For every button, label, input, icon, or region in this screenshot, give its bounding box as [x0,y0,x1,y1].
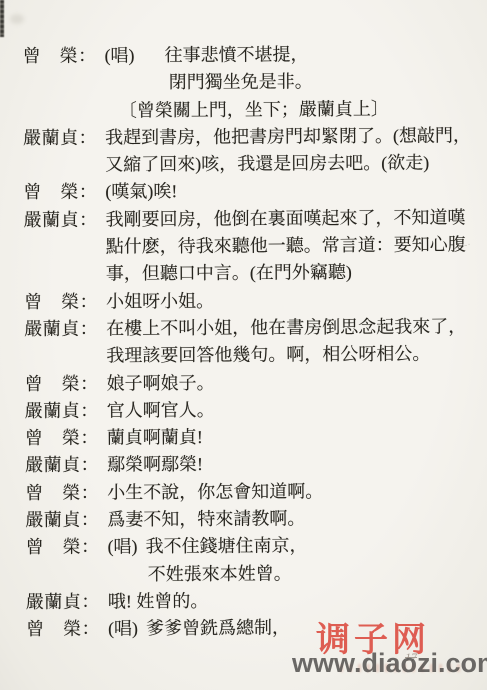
script-line: 嚴蘭貞：我剛要回房，他倒在裏面嘆起來了，不知道嘆 [0,205,485,235]
line-text: 鄢榮啊鄢榮! [107,452,203,477]
script-line: 嚴蘭貞：官人啊官人。 [0,396,486,426]
line-text: 我剛要回房，他倒在裏面嘆起來了，不知道嘆 [105,205,465,231]
line-text: 小姐呀小姐。 [106,289,214,314]
line-text: 我不住錢塘住南京， [145,534,307,559]
sung-tag: (唱) [107,535,137,559]
scan-smudge [10,14,24,24]
speaker-spacer [24,235,106,236]
script-line: 曾 榮：蘭貞啊蘭貞! [0,423,486,453]
line-text: 官人啊官人。 [107,398,215,423]
line-text: 小生不說，你怎會知道啊。 [107,479,323,504]
script-line: 又縮了回來)咳，我還是回房去吧。(欲走) [0,150,484,180]
script-line: 曾 榮：(嘆氣)唉! [0,178,484,208]
script-line: 我理該要回答他幾句。啊，相公呀相公。 [0,341,485,371]
line-text: 事，但聽口中言。(在門外竊聽) [106,260,352,286]
line-text: 娘子啊娘子。 [106,370,214,395]
speaker-name: 曾 榮： [25,426,107,451]
script-line: 曾 榮：(唱)我不住錢塘住南京， [0,533,487,563]
script-line: 閉門獨坐免是非。 [0,69,484,99]
line-text: 又縮了回來)咳，我還是回房去吧。(欲走) [105,151,429,177]
speaker-name: 曾 榮： [25,480,107,505]
line-text: 〔曾榮關上門，坐下；嚴蘭貞上〕 [105,96,389,122]
script-line: 曾 榮：(唱)往事悲憤不堪提， [0,41,484,71]
speaker-name: 曾 榮： [26,617,108,642]
line-text: 爹爹曾銑爲總制， [146,616,290,641]
script-line: 曾 榮：小生不說，你怎會知道啊。 [0,478,486,508]
script-lines: 曾 榮：(唱)往事悲憤不堪提，閉門獨坐免是非。〔曾榮關上門，坐下；嚴蘭貞上〕嚴蘭… [0,41,487,644]
script-line: 點什麽，待我來聽他一聽。常言道：要知心腹 [0,232,485,262]
script-line: 不姓張來本姓曾。 [0,560,487,590]
speaker-name: 嚴蘭貞： [24,316,106,341]
script-line: 〔曾榮關上門，坐下；嚴蘭貞上〕 [0,96,484,126]
speaker-name: 曾 榮： [24,289,106,314]
sung-tag: (唱) [104,43,134,67]
speaker-name: 嚴蘭貞： [25,508,107,533]
line-text: 往事悲憤不堪提， [142,42,308,67]
script-line: 嚴蘭貞：爲妻不知，特來請教啊。 [0,505,486,535]
script-line: 嚴蘭貞：鄢榮啊鄢榮! [0,451,486,481]
speaker-name: 曾 榮： [24,371,106,396]
script-line: 嚴蘭貞：我趕到書房，他把書房門却緊閉了。(想敲門， [0,123,484,153]
speaker-spacer [24,262,106,263]
speaker-spacer [26,562,108,563]
watermark-site-url: www.diaozi.com [292,648,487,679]
speaker-spacer [24,344,106,345]
line-text: 蘭貞啊蘭貞! [107,425,203,450]
line-text: 點什麽，待我來聽他一聽。常言道：要知心腹 [106,232,466,258]
line-text: (嘆氣)唉! [105,180,177,204]
line-text: 哦! 姓曾的。 [108,589,209,614]
speaker-spacer [23,71,105,72]
line-text: 我趕到書房，他把書房門却緊閉了。(想敲門， [105,123,471,149]
line-text: 爲妻不知，特來請教啊。 [107,506,305,531]
speaker-name: 嚴蘭貞： [25,398,107,423]
line-text: 閉門獨坐免是非。 [105,70,313,95]
speaker-name: 曾 榮： [23,180,105,205]
line-text: 我理該要回答他幾句。啊，相公呀相公。 [106,342,430,368]
binding-edge-artifact [0,0,4,37]
speaker-spacer [23,98,105,99]
speaker-name: 曾 榮： [25,535,107,560]
speaker-name: 嚴蘭貞： [23,125,105,150]
sung-tag: (唱) [108,617,138,641]
speaker-name: 嚴蘭貞： [26,589,108,614]
speaker-name: 嚴蘭貞： [23,207,105,232]
speaker-name: 曾 榮： [22,44,104,69]
script-line: 事，但聽口中言。(在門外竊聽) [0,260,485,290]
script-line: 曾 榮：小姐呀小姐。 [0,287,485,317]
script-line: 嚴蘭貞：在樓上不叫小姐，他在書房倒思念起我來了， [0,314,485,344]
script-line: 曾 榮：娘子啊娘子。 [0,369,486,399]
speaker-name: 嚴蘭貞： [25,453,107,478]
speaker-spacer [23,153,105,154]
line-text: 在樓上不叫小姐，他在書房倒思念起我來了， [106,314,466,340]
line-text: 不姓張來本姓曾。 [108,561,292,586]
